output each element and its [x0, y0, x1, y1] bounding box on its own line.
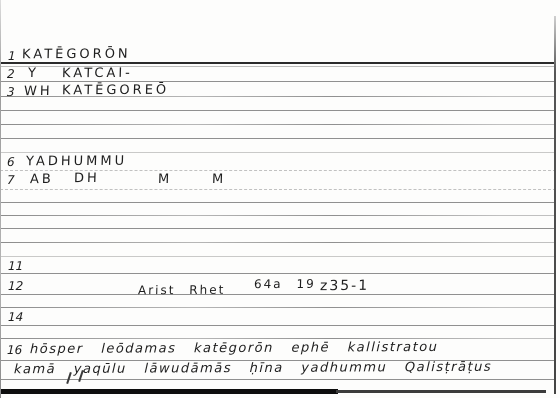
- ruled-line: [0, 62, 556, 64]
- ruled-line: [0, 338, 556, 339]
- ruled-line: [0, 294, 556, 295]
- entry-12-number: 12: [8, 279, 24, 293]
- entry-3-text: KATĒGOREŌ: [62, 83, 170, 99]
- entry-16-number: 16: [7, 343, 23, 357]
- index-card: 1 KATĒGORŌN 2 Y KATCAI- 3 WH KATĒGOREŌ 6…: [0, 0, 560, 398]
- ruled-line: [0, 124, 556, 125]
- entry-7-number: 7: [7, 173, 15, 187]
- entry-16-line2: kamā yaqūlu lāwudāmās ḥīna yadhummu Qali…: [14, 360, 493, 378]
- entry-12-citation: Arist Rhet: [138, 283, 226, 297]
- entry-1-text: KATĒGORŌN: [22, 47, 131, 63]
- entry-6-number: 6: [7, 155, 15, 169]
- card-right-edge: [554, 16, 556, 394]
- entry-6-text: YADHUMMU: [26, 154, 128, 170]
- ruled-line: [0, 256, 556, 257]
- entry-7-cell: AB: [30, 172, 54, 187]
- ruled-line: [0, 228, 556, 229]
- entry-3-number: 3: [7, 85, 15, 99]
- ruled-line: [0, 110, 556, 111]
- entry-7-cell: DH: [74, 171, 100, 186]
- ruled-line: [0, 379, 556, 380]
- card-bottom-edge-right: [336, 390, 546, 393]
- entry-2-text: KATCAI-: [62, 66, 133, 81]
- card-bottom-edge: [0, 389, 338, 394]
- ruled-line: [0, 152, 556, 153]
- entry-7-cell: M: [212, 172, 227, 187]
- entry-1-number: 1: [8, 49, 16, 63]
- entry-2-mark: Y: [28, 66, 39, 81]
- ruled-line: [0, 325, 556, 326]
- entry-14-number: 14: [8, 310, 24, 324]
- entry-7-cell: M: [158, 172, 173, 187]
- entry-3-mark: WH: [24, 84, 53, 99]
- ruled-line: [0, 273, 556, 274]
- ruled-line: [0, 307, 556, 308]
- card-left-edge: [0, 0, 1, 398]
- ruled-line: [0, 81, 556, 82]
- ruled-line: [0, 215, 556, 216]
- entry-11-number: 11: [8, 259, 24, 273]
- entry-16-line1: hōsper leōdamas katēgorōn ephē kallistra…: [30, 340, 439, 357]
- ruled-line: [0, 189, 556, 190]
- ruled-line: [0, 138, 556, 139]
- ruled-line: [0, 202, 556, 203]
- ruled-line: [0, 242, 556, 243]
- entry-12-ref: z35-1: [320, 278, 370, 294]
- entry-12-locus: 64a 19: [254, 277, 316, 291]
- entry-2-number: 2: [7, 67, 15, 81]
